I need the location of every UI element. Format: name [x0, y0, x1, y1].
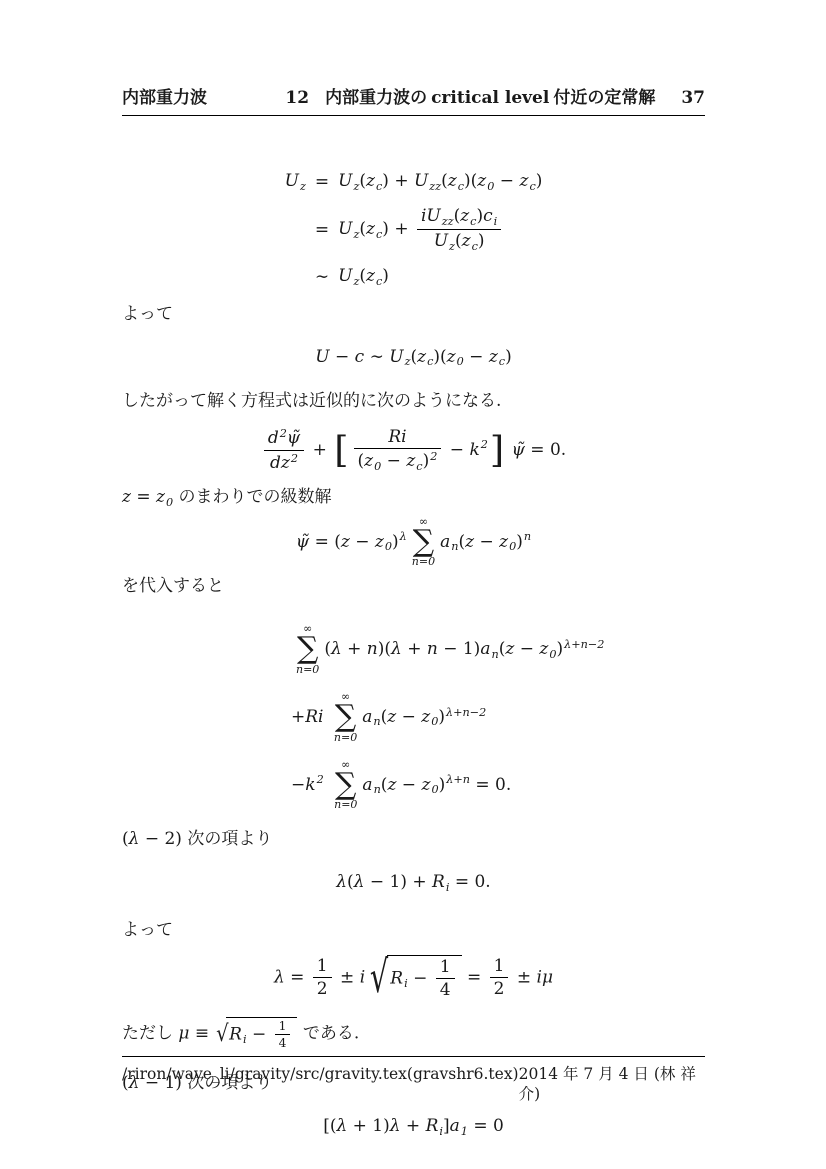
equation-sum-line-3: −k2 ∞∑n=0an(z − z0)λ+n = 0.	[291, 759, 705, 812]
equation-series-solution: ψ̃ = (z − z0)λ∞∑n=0an(z − z0)n	[122, 516, 705, 569]
paragraph-order-lambda-2: (λ − 2) 次の項より	[122, 828, 705, 850]
footer-date-author: 2014 年 7 月 4 日 (林 祥介)	[519, 1064, 705, 1104]
equation-lambda-roots: λ = 12 ± i√Ri − 14 = 12 ± iμ	[122, 955, 705, 1001]
paragraph-shitagatte: したがって解く方程式は近似的に次のようになる.	[122, 390, 705, 412]
equation-approx-ode: d2ψ̃dz2 + [Ri(z0 − zc)2 − k2] ψ̃ = 0.	[122, 427, 705, 474]
equation-u-minus-c: U − c ∼ Uz(zc)(z0 − zc)	[122, 346, 705, 370]
paragraph-substitute: を代入すると	[122, 575, 705, 597]
equation-indicial: λ(λ − 1) + Ri = 0.	[122, 871, 705, 895]
header-left-title: 内部重力波	[122, 87, 207, 109]
page-number: 37	[681, 87, 705, 109]
equation-sum-block: ∞∑n=0(λ + n)(λ + n − 1)an(z − z0)λ+n−2 +…	[291, 623, 705, 811]
section-title-jp2: 付近の定常解	[553, 88, 655, 108]
paragraph-yotte-2: よって	[122, 919, 705, 941]
paragraph-mu-definition: ただし μ ≡ √Ri − 14 である.	[122, 1017, 705, 1051]
footer: /riron/wave_li/gravity/src/gravity.tex(g…	[122, 1056, 705, 1104]
equation-sum-line-1: ∞∑n=0(λ + n)(λ + n − 1)an(z − z0)λ+n−2	[291, 623, 705, 676]
running-head: 内部重力波 12内部重力波のcritical level付近の定常解 37	[122, 0, 705, 116]
document-page: 内部重力波 12内部重力波のcritical level付近の定常解 37 Uz…	[0, 0, 826, 1169]
equation-sum-line-2: +Ri ∞∑n=0an(z − z0)λ+n−2	[291, 691, 705, 744]
footer-file-path: /riron/wave_li/gravity/src/gravity.tex(g…	[122, 1064, 519, 1084]
section-title-jp1: 内部重力波の	[325, 88, 427, 108]
section-number: 12	[285, 88, 309, 108]
equation-a1-condition: [(λ + 1)λ + Ri]a1 = 0	[122, 1115, 705, 1139]
paragraph-yotte-1: よって	[122, 303, 705, 325]
equation-uz-expansion: Uz=Uz(zc) + Uzz(zc)(z0 − zc)=Uz(zc) + iU…	[122, 170, 705, 289]
paragraph-series-intro: z = z0 のまわりでの級数解	[122, 486, 705, 510]
header-section-title: 12内部重力波のcritical level付近の定常解	[285, 87, 655, 109]
section-title-latin: critical level	[431, 88, 549, 108]
